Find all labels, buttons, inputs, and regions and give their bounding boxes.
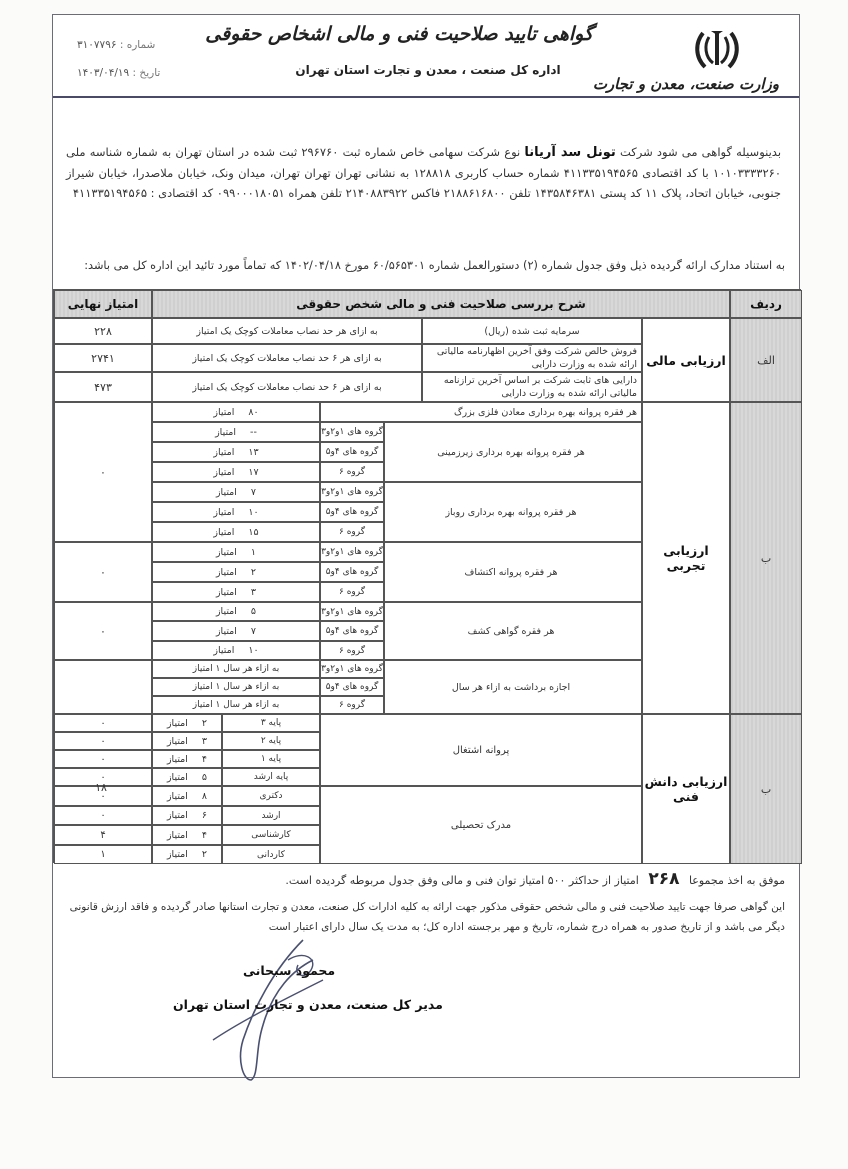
group-label: پایه ۱: [222, 750, 320, 768]
experience-desc-extraction-permit: اجازه برداشت به ازاء هر سال: [384, 660, 642, 714]
total-score-statement: موفق به اخذ مجموعا ۲۶۸ امتیاز از حداکثر …: [285, 869, 785, 889]
group-label: گروه های ۴و۵: [320, 621, 384, 641]
header-description: شرح بررسی صلاحیت فنی و مالی شخص حقوقی: [152, 290, 730, 318]
experience-desc-exploration: هر فقره پروانه اکتشاف: [384, 542, 642, 602]
header-final-score: امتیاز نهایی: [54, 290, 152, 318]
validity-note-line1: این گواهی صرفا جهت تایید صلاحیت فنی و ما…: [45, 901, 785, 913]
financial-score-sales: ۲۷۴۱: [54, 344, 152, 372]
group-label: گروه های ۱و۲و۳: [320, 422, 384, 442]
technical-desc-license: پروانه اشتغال: [320, 714, 642, 786]
number-label: شماره :: [120, 39, 156, 51]
group-label: گروه های ۴و۵: [320, 502, 384, 522]
experience-final-exploitation: ۰: [54, 402, 152, 542]
document-title: گواهی تایید صلاحیت فنی و مالی اشخاص حقوق…: [263, 23, 593, 45]
total-score: ۲۶۸: [648, 869, 679, 889]
experience-desc-open-pit: هر فقره پروانه بهره برداری روباز: [384, 482, 642, 542]
category-technical: ارزیابی دانش فنی: [642, 714, 730, 864]
number-value: ۳۱۰۷۷۹۶: [77, 39, 116, 51]
rule-cell: به ازاء هر سال ۱ امتیاز: [152, 660, 320, 678]
date-value: ۱۴۰۳/۰۴/۱۹: [77, 67, 129, 79]
group-label: گروه های ۴و۵: [320, 442, 384, 462]
row-label-technical: ب: [730, 714, 802, 864]
financial-desc-assets: دارایی های ثابت شرکت بر اساس آخرین ترازن…: [422, 372, 642, 402]
document-frame: وزارت صنعت، معدن و تجارت گواهی تایید صلا…: [52, 14, 800, 1078]
points-cell: ۱امتیاز: [152, 542, 320, 562]
points-cell: ۳امتیاز: [152, 732, 222, 750]
iran-emblem-icon: [693, 25, 741, 73]
header-row-number: ردیف: [730, 290, 802, 318]
group-label: گروه ۶: [320, 462, 384, 482]
technical-desc-degree: مدرک تحصیلی: [320, 786, 642, 864]
points-cell: --امتیاز: [152, 422, 320, 442]
validity-note-line2: دیگر می باشد و از تاریخ صدور به همراه در…: [45, 921, 785, 933]
points-cell: ۴امتیاز: [152, 825, 222, 845]
group-label: پایه ارشد: [222, 768, 320, 786]
rule-cell: به ازاء هر سال ۱ امتیاز: [152, 678, 320, 696]
financial-desc-sales: فروش خالص شرکت وفق آخرین اظهارنامه مالیا…: [422, 344, 642, 372]
group-label: گروه های ۱و۲و۳: [320, 602, 384, 621]
rule-cell: به ازاء هر سال ۱ امتیاز: [152, 696, 320, 714]
group-label: گروه های ۴و۵: [320, 678, 384, 696]
experience-desc-underground: هر فقره پروانه بهره برداری زیرزمینی: [384, 422, 642, 482]
financial-rule-sales: به ازای هر ۶ حد نصاب معاملات کوچک یک امت…: [152, 344, 422, 372]
points-cell: ۲امتیاز: [152, 562, 320, 582]
certificate-page: وزارت صنعت، معدن و تجارت گواهی تایید صلا…: [0, 0, 848, 1169]
category-financial: ارزیابی مالی: [642, 318, 730, 402]
group-label: ارشد: [222, 806, 320, 825]
group-label: کارشناسی: [222, 825, 320, 845]
document-header: وزارت صنعت، معدن و تجارت گواهی تایید صلا…: [53, 15, 799, 98]
points-cell: ۲امتیاز: [152, 714, 222, 732]
certificate-number: شماره : ۳۱۰۷۷۹۶: [77, 39, 155, 51]
row-label-financial: الف: [730, 318, 802, 402]
ministry-name: وزارت صنعت، معدن و تجارت: [593, 75, 779, 93]
experience-final-exploration: ۰: [54, 542, 152, 602]
experience-desc-big-mines: هر فقره پروانه بهره برداری معادن فلزی بز…: [320, 402, 642, 422]
intro-paragraph: بدینوسیله گواهی می شود شرکت تونل سد آریا…: [66, 142, 781, 203]
group-label: کاردانی: [222, 845, 320, 864]
basis-statement: به استناد مدارک ارائه گردیده ذیل وفق جدو…: [45, 259, 785, 272]
technical-final-score: ۱۸: [52, 712, 150, 862]
financial-score-assets: ۴۷۳: [54, 372, 152, 402]
certificate-date: تاریخ : ۱۴۰۳/۰۴/۱۹: [77, 67, 160, 79]
points-cell: ۲امتیاز: [152, 845, 222, 864]
group-label: گروه های ۱و۲و۳: [320, 660, 384, 678]
financial-desc-capital: سرمایه ثبت شده (ریال): [422, 318, 642, 344]
group-label: گروه ۶: [320, 582, 384, 602]
company-name: تونل سد آریانا: [524, 145, 615, 160]
points-cell: ۱۵امتیاز: [152, 522, 320, 542]
points-cell: ۸امتیاز: [152, 786, 222, 806]
group-label: پایه ۲: [222, 732, 320, 750]
signatory-title: مدیر کل صنعت، معدن و تجارت استان تهران: [173, 997, 443, 1012]
points-cell: ۱۰امتیاز: [152, 502, 320, 522]
points-cell: ۶امتیاز: [152, 806, 222, 825]
financial-score-capital: ۲۲۸: [54, 318, 152, 344]
points-cell: ۳امتیاز: [152, 582, 320, 602]
experience-points-big-mines: ۸۰ امتیاز: [152, 402, 320, 422]
points-cell: ۱۷امتیاز: [152, 462, 320, 482]
points-cell: ۴امتیاز: [152, 750, 222, 768]
group-label: گروه های ۴و۵: [320, 562, 384, 582]
group-label: گروه های ۱و۲و۳: [320, 542, 384, 562]
financial-rule-capital: به ازای هر حد نصاب معاملات کوچک یک امتیا…: [152, 318, 422, 344]
group-label: گروه ۶: [320, 641, 384, 660]
financial-rule-assets: به ازای هر ۶ حد نصاب معاملات کوچک یک امت…: [152, 372, 422, 402]
points-cell: ۵امتیاز: [152, 768, 222, 786]
points-cell: ۱۰امتیاز: [152, 641, 320, 660]
points-cell: ۷امتیاز: [152, 482, 320, 502]
intro-prefix: بدینوسیله گواهی می شود شرکت: [620, 145, 781, 159]
signatory-name: محمود سبحانی: [243, 963, 335, 978]
group-label: گروه ۶: [320, 522, 384, 542]
group-label: گروه ۶: [320, 696, 384, 714]
experience-final-discovery: ۰: [54, 602, 152, 660]
points-cell: ۵امتیاز: [152, 602, 320, 621]
group-label: دکتری: [222, 786, 320, 806]
group-label: گروه های ۱و۲و۳: [320, 482, 384, 502]
date-label: تاریخ :: [133, 67, 161, 79]
group-label: پایه ۳: [222, 714, 320, 732]
points-cell: ۷امتیاز: [152, 621, 320, 641]
experience-final-extraction: [54, 660, 152, 714]
category-experience: ارزیابی تجربی: [642, 402, 730, 714]
row-label-experience: ب: [730, 402, 802, 714]
issuing-office: اداره کل صنعت ، معدن و تجارت استان تهران: [253, 63, 603, 77]
experience-desc-discovery: هر فقره گواهی کشف: [384, 602, 642, 660]
evaluation-table: ردیف شرح بررسی صلاحیت فنی و مالی شخص حقو…: [53, 289, 801, 863]
points-cell: ۱۳امتیاز: [152, 442, 320, 462]
